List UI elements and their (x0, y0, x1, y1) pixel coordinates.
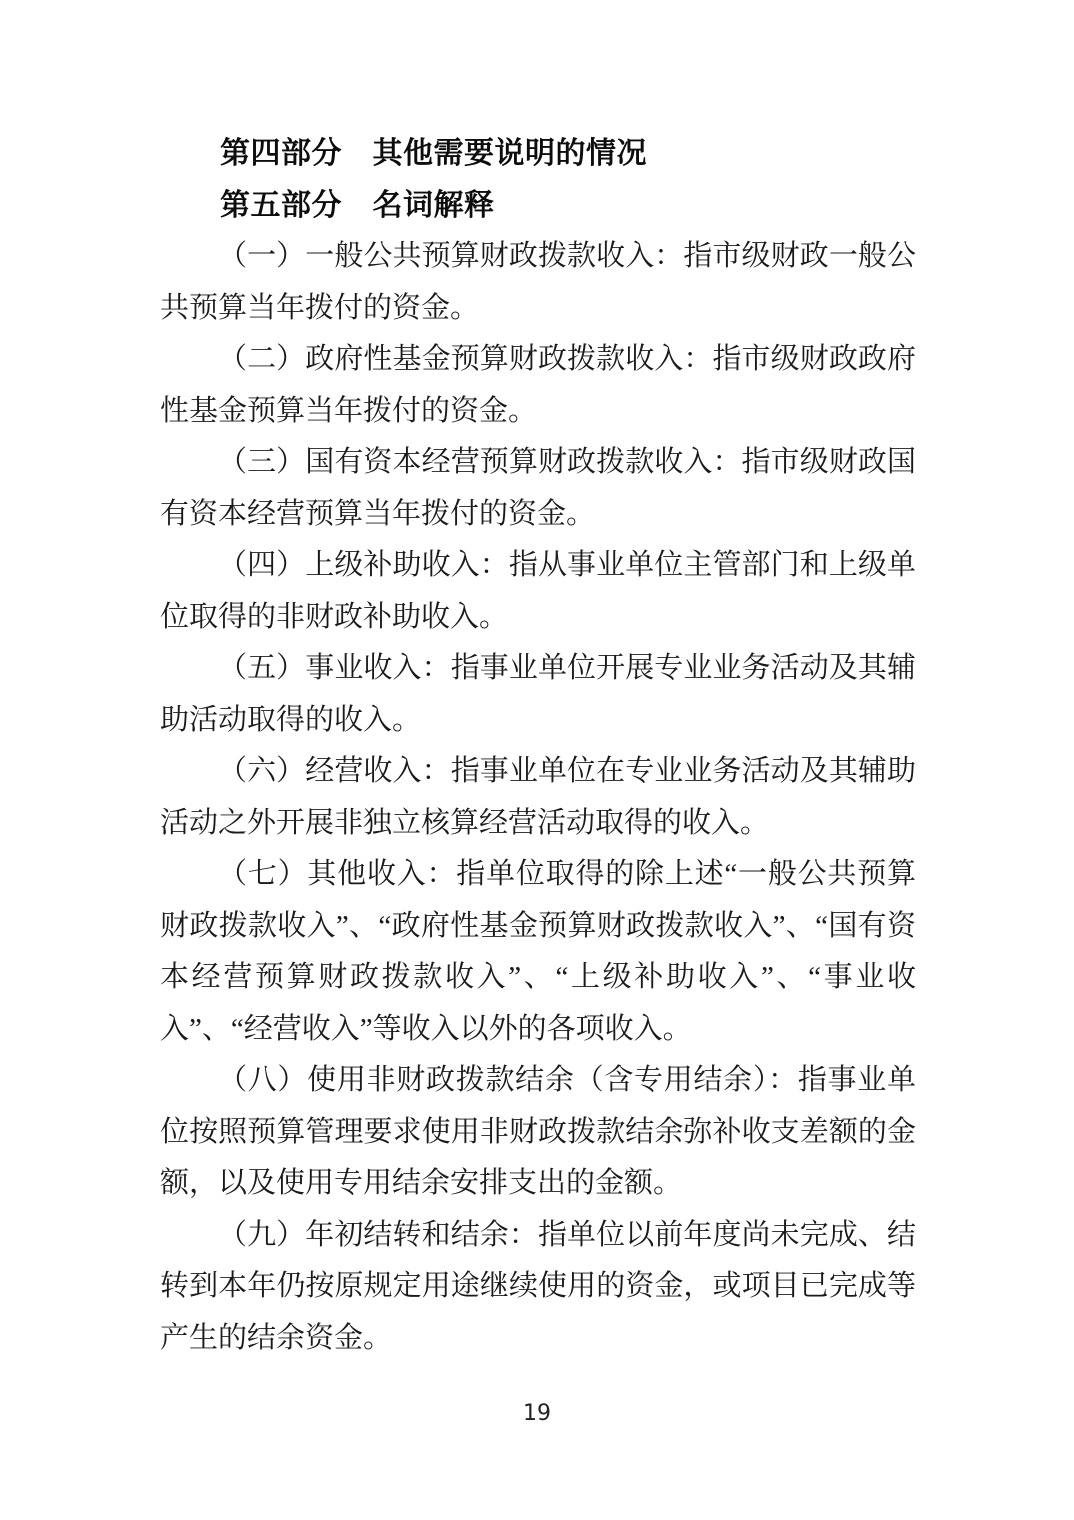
definition-paragraph-8: （八）使用非财政拨款结余（含专用结余）：指事业单位按照预算管理要求使用非财政拨款… (160, 1055, 916, 1210)
section-heading-part4: 第四部分 其他需要说明的情况 (160, 128, 916, 180)
page-number: 19 (0, 1401, 1074, 1426)
definition-paragraph-6: （六）经营收入：指事业单位在专业业务活动及其辅助活动之外开展非独立核算经营活动取… (160, 746, 916, 849)
definition-paragraph-7: （七）其他收入：指单位取得的除上述“一般公共预算财政拨款收入”、“政府性基金预算… (160, 849, 916, 1055)
definition-paragraph-9: （九）年初结转和结余：指单位以前年度尚未完成、结转到本年仍按原规定用途继续使用的… (160, 1210, 916, 1365)
document-page: 第四部分 其他需要说明的情况 第五部分 名词解释 （一）一般公共预算财政拨款收入… (0, 0, 1074, 1520)
definition-paragraph-4: （四）上级补助收入：指从事业单位主管部门和上级单位取得的非财政补助收入。 (160, 540, 916, 643)
definition-paragraph-3: （三）国有资本经营预算财政拨款收入：指市级财政国有资本经营预算当年拨付的资金。 (160, 437, 916, 540)
definition-paragraph-5: （五）事业收入：指事业单位开展专业业务活动及其辅助活动取得的收入。 (160, 643, 916, 746)
definition-paragraph-2: （二）政府性基金预算财政拨款收入：指市级财政政府性基金预算当年拨付的资金。 (160, 334, 916, 437)
section-heading-part5: 第五部分 名词解释 (160, 180, 916, 232)
definition-paragraph-1: （一）一般公共预算财政拨款收入：指市级财政一般公共预算当年拨付的资金。 (160, 231, 916, 334)
document-body: 第四部分 其他需要说明的情况 第五部分 名词解释 （一）一般公共预算财政拨款收入… (160, 128, 916, 1364)
